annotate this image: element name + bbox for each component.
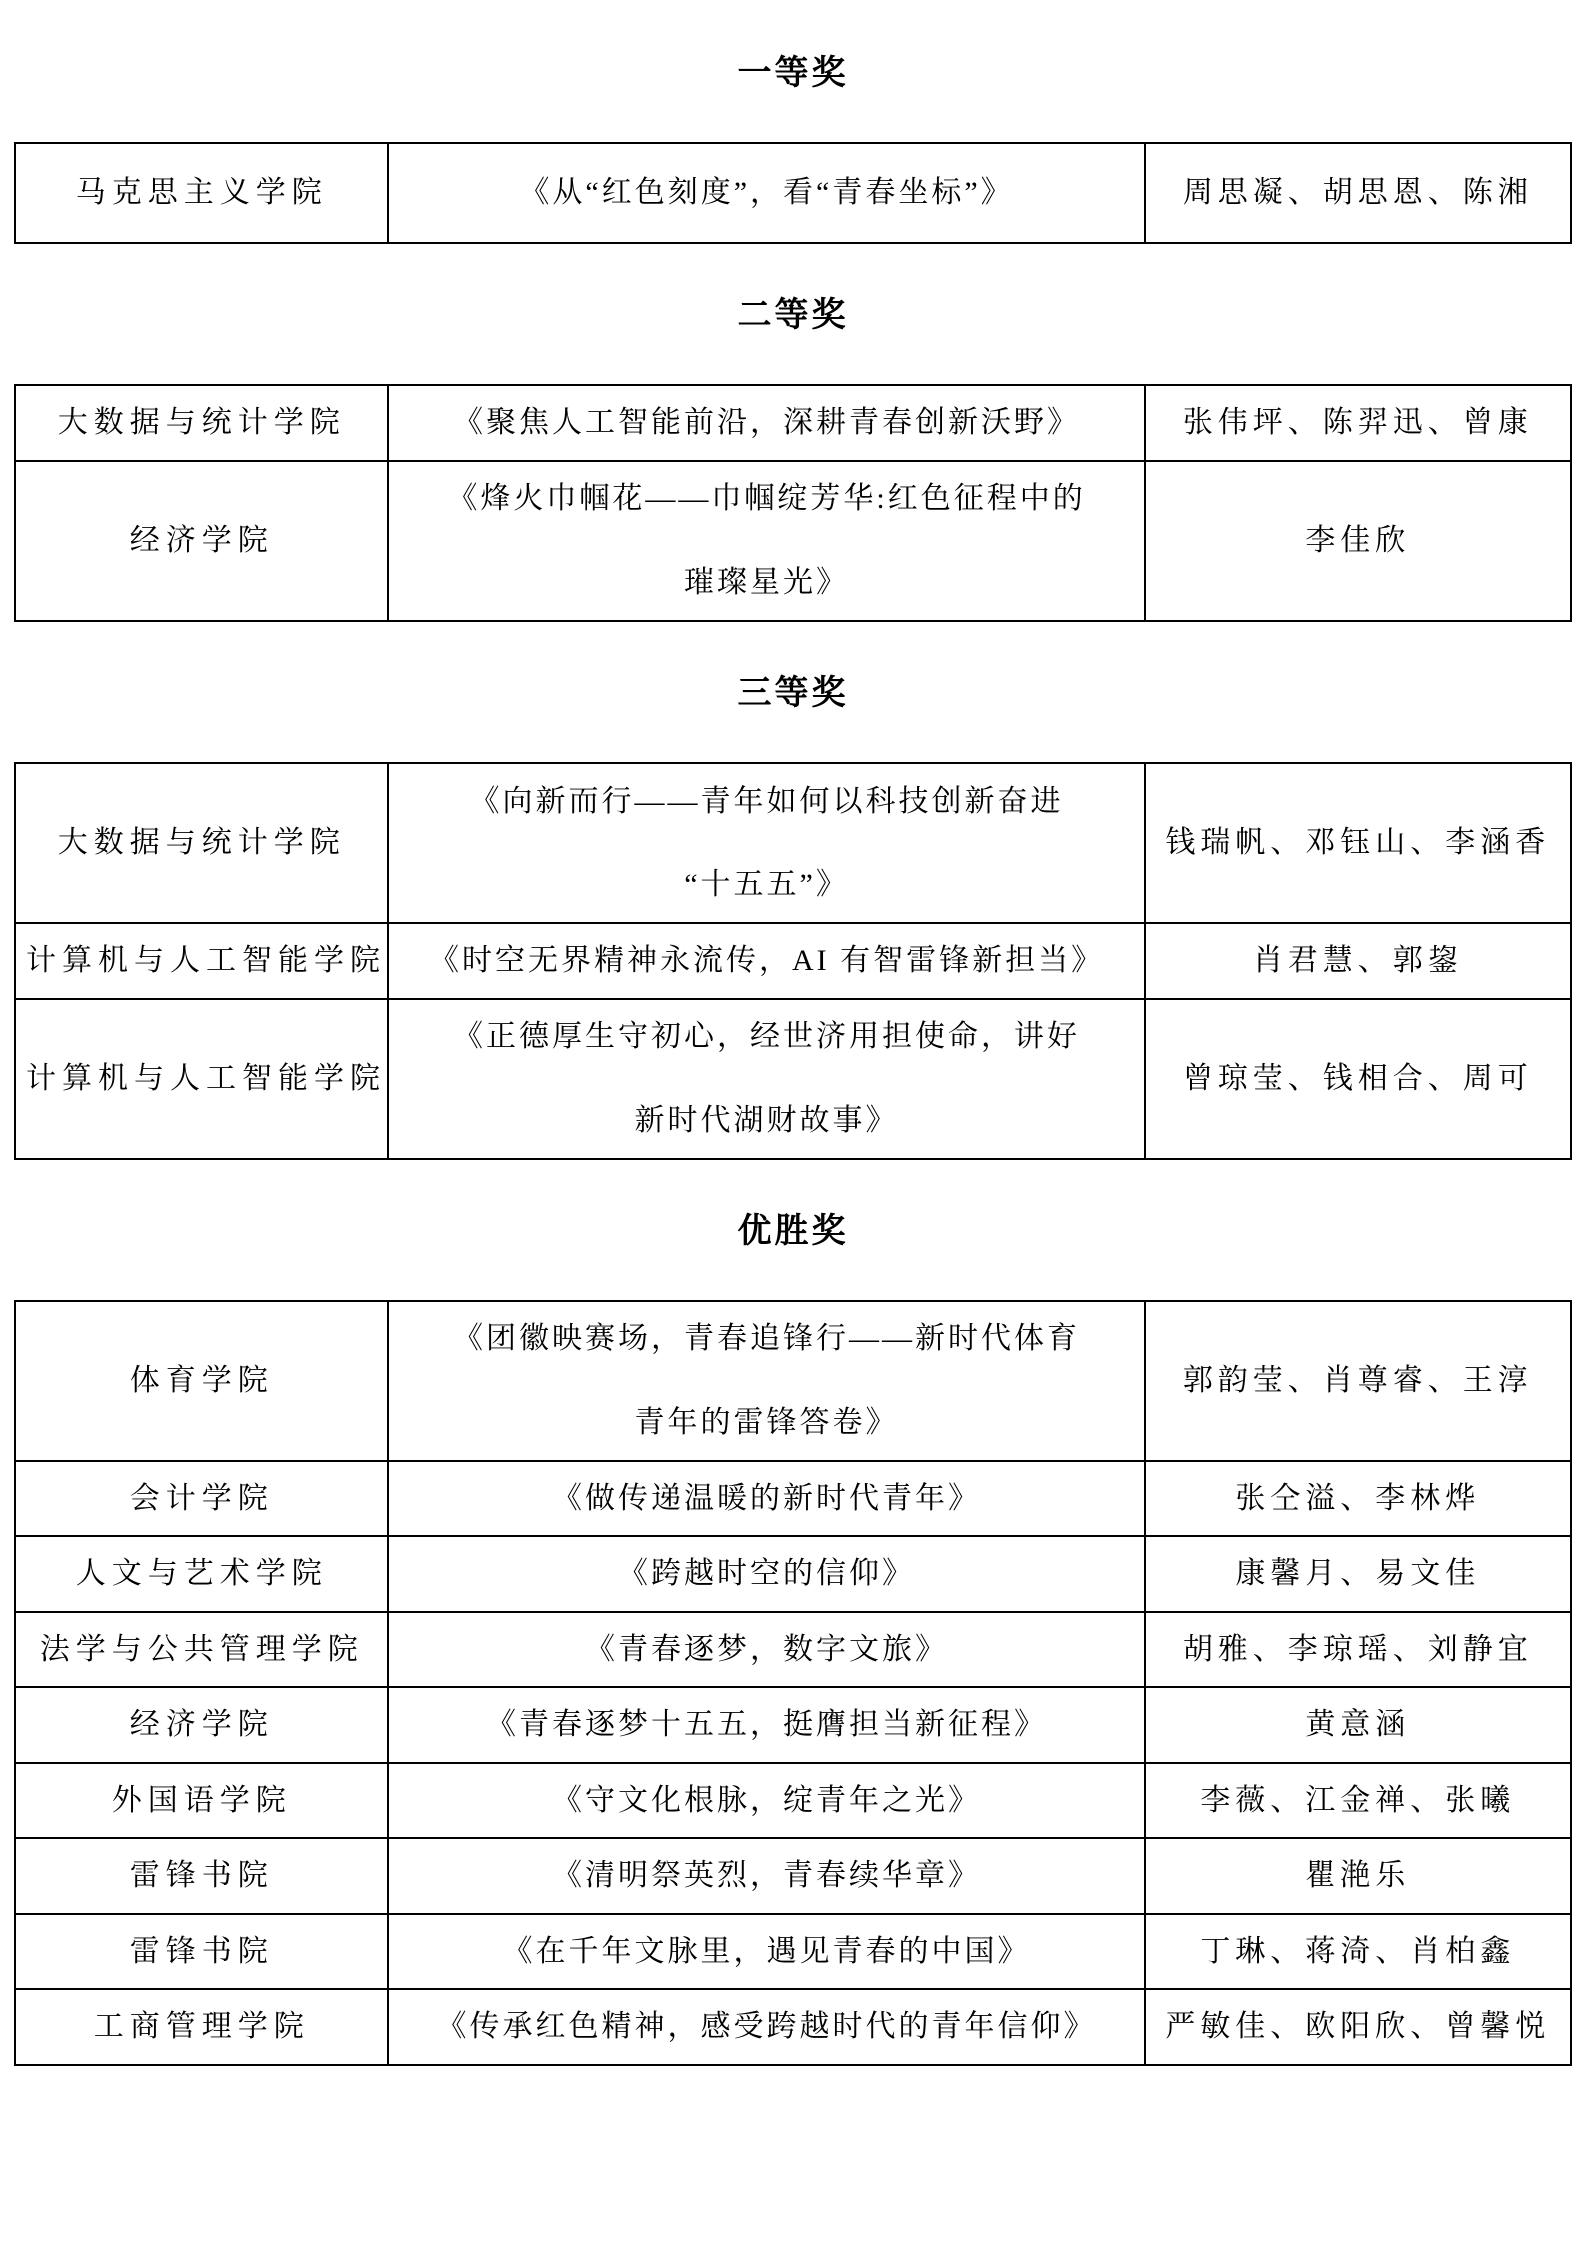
authors-cell: 钱瑞帆、邓钰山、李涵香 xyxy=(1145,763,1571,923)
college-cell: 经济学院 xyxy=(15,461,388,621)
work-title-cell: 《传承红色精神，感受跨越时代的青年信仰》 xyxy=(388,1989,1144,2065)
award-row: 大数据与统计学院《聚焦人工智能前沿，深耕青春创新沃野》张伟坪、陈羿迅、曾康 xyxy=(15,385,1571,461)
authors-cell: 康馨月、易文佳 xyxy=(1145,1536,1571,1612)
work-title-cell: 《时空无界精神永流传，AI 有智雷锋新担当》 xyxy=(388,923,1144,999)
authors-cell: 曾琼莹、钱相合、周可 xyxy=(1145,999,1571,1159)
work-title-line: 《向新而行——青年如何以科技创新奋进 xyxy=(399,783,1133,821)
award-row: 体育学院《团徽映赛场，青春追锋行——新时代体育青年的雷锋答卷》郭韵莹、肖尊睿、王… xyxy=(15,1301,1571,1461)
award-section: 二等奖 大数据与统计学院《聚焦人工智能前沿，深耕青春创新沃野》张伟坪、陈羿迅、曾… xyxy=(14,294,1572,622)
work-title-line: 《聚焦人工智能前沿，深耕青春创新沃野》 xyxy=(399,404,1133,442)
authors-cell: 李薇、江金禅、张曦 xyxy=(1145,1763,1571,1839)
award-section: 一等奖 马克思主义学院《从“红色刻度”，看“青春坐标”》周思凝、胡思恩、陈湘 xyxy=(14,52,1572,244)
award-row: 人文与艺术学院《跨越时空的信仰》康馨月、易文佳 xyxy=(15,1536,1571,1612)
work-title-line: 《清明祭英烈，青春续华章》 xyxy=(399,1857,1133,1895)
work-title-line: 《传承红色精神，感受跨越时代的青年信仰》 xyxy=(399,2008,1133,2046)
award-row: 计算机与人工智能学院《时空无界精神永流传，AI 有智雷锋新担当》肖君慧、郭鋆 xyxy=(15,923,1571,999)
section-title: 三等奖 xyxy=(14,672,1572,716)
college-cell: 人文与艺术学院 xyxy=(15,1536,388,1612)
college-cell: 外国语学院 xyxy=(15,1763,388,1839)
authors-cell: 黄意涵 xyxy=(1145,1687,1571,1763)
work-title-line: 《跨越时空的信仰》 xyxy=(399,1555,1133,1593)
work-title-line: “十五五”》 xyxy=(399,866,1133,904)
work-title-line: 《在千年文脉里，遇见青春的中国》 xyxy=(399,1933,1133,1971)
work-title-line: 《团徽映赛场，青春追锋行——新时代体育 xyxy=(399,1320,1133,1358)
college-cell: 大数据与统计学院 xyxy=(15,763,388,923)
college-cell: 马克思主义学院 xyxy=(15,143,388,243)
work-title-line: 《从“红色刻度”，看“青春坐标”》 xyxy=(399,174,1133,212)
authors-cell: 张伟坪、陈羿迅、曾康 xyxy=(1145,385,1571,461)
authors-cell: 胡雅、李琼瑶、刘静宜 xyxy=(1145,1612,1571,1688)
award-section: 优胜奖 体育学院《团徽映赛场，青春追锋行——新时代体育青年的雷锋答卷》郭韵莹、肖… xyxy=(14,1210,1572,2066)
work-title-cell: 《做传递温暖的新时代青年》 xyxy=(388,1461,1144,1537)
award-row: 法学与公共管理学院《青春逐梦，数字文旅》胡雅、李琼瑶、刘静宜 xyxy=(15,1612,1571,1688)
college-cell: 计算机与人工智能学院 xyxy=(15,923,388,999)
work-title-line: 青年的雷锋答卷》 xyxy=(399,1404,1133,1442)
work-title-cell: 《聚焦人工智能前沿，深耕青春创新沃野》 xyxy=(388,385,1144,461)
college-cell: 经济学院 xyxy=(15,1687,388,1763)
award-table: 体育学院《团徽映赛场，青春追锋行——新时代体育青年的雷锋答卷》郭韵莹、肖尊睿、王… xyxy=(14,1300,1572,2066)
work-title-line: 《时空无界精神永流传，AI 有智雷锋新担当》 xyxy=(399,942,1133,980)
work-title-line: 璀璨星光》 xyxy=(399,564,1133,602)
work-title-cell: 《守文化根脉，绽青年之光》 xyxy=(388,1763,1144,1839)
authors-cell: 张仝溢、李林烨 xyxy=(1145,1461,1571,1537)
authors-cell: 周思凝、胡思恩、陈湘 xyxy=(1145,143,1571,243)
work-title-cell: 《团徽映赛场，青春追锋行——新时代体育青年的雷锋答卷》 xyxy=(388,1301,1144,1461)
section-title: 二等奖 xyxy=(14,294,1572,338)
award-table: 马克思主义学院《从“红色刻度”，看“青春坐标”》周思凝、胡思恩、陈湘 xyxy=(14,142,1572,244)
work-title-line: 《正德厚生守初心，经世济用担使命，讲好 xyxy=(399,1018,1133,1056)
work-title-cell: 《跨越时空的信仰》 xyxy=(388,1536,1144,1612)
award-table: 大数据与统计学院《聚焦人工智能前沿，深耕青春创新沃野》张伟坪、陈羿迅、曾康经济学… xyxy=(14,384,1572,622)
section-title: 一等奖 xyxy=(14,52,1572,96)
college-cell: 雷锋书院 xyxy=(15,1838,388,1914)
section-title: 优胜奖 xyxy=(14,1210,1572,1254)
award-row: 雷锋书院《清明祭英烈，青春续华章》瞿滟乐 xyxy=(15,1838,1571,1914)
work-title-cell: 《烽火巾帼花——巾帼绽芳华:红色征程中的璀璨星光》 xyxy=(388,461,1144,621)
award-row: 雷锋书院《在千年文脉里，遇见青春的中国》丁琳、蒋渏、肖柏鑫 xyxy=(15,1914,1571,1990)
college-cell: 雷锋书院 xyxy=(15,1914,388,1990)
work-title-cell: 《从“红色刻度”，看“青春坐标”》 xyxy=(388,143,1144,243)
authors-cell: 丁琳、蒋渏、肖柏鑫 xyxy=(1145,1914,1571,1990)
work-title-cell: 《青春逐梦十五五，挺膺担当新征程》 xyxy=(388,1687,1144,1763)
document-page: 一等奖 马克思主义学院《从“红色刻度”，看“青春坐标”》周思凝、胡思恩、陈湘 二… xyxy=(0,0,1586,2245)
work-title-line: 《烽火巾帼花——巾帼绽芳华:红色征程中的 xyxy=(399,480,1133,518)
work-title-line: 《做传递温暖的新时代青年》 xyxy=(399,1480,1133,1518)
college-cell: 计算机与人工智能学院 xyxy=(15,999,388,1159)
authors-cell: 李佳欣 xyxy=(1145,461,1571,621)
award-row: 计算机与人工智能学院《正德厚生守初心，经世济用担使命，讲好新时代湖财故事》曾琼莹… xyxy=(15,999,1571,1159)
college-cell: 法学与公共管理学院 xyxy=(15,1612,388,1688)
authors-cell: 肖君慧、郭鋆 xyxy=(1145,923,1571,999)
college-cell: 体育学院 xyxy=(15,1301,388,1461)
work-title-cell: 《清明祭英烈，青春续华章》 xyxy=(388,1838,1144,1914)
award-sections: 一等奖 马克思主义学院《从“红色刻度”，看“青春坐标”》周思凝、胡思恩、陈湘 二… xyxy=(14,52,1572,2066)
award-row: 经济学院《青春逐梦十五五，挺膺担当新征程》黄意涵 xyxy=(15,1687,1571,1763)
college-cell: 工商管理学院 xyxy=(15,1989,388,2065)
award-row: 大数据与统计学院《向新而行——青年如何以科技创新奋进“十五五”》钱瑞帆、邓钰山、… xyxy=(15,763,1571,923)
work-title-line: 《青春逐梦十五五，挺膺担当新征程》 xyxy=(399,1706,1133,1744)
college-cell: 会计学院 xyxy=(15,1461,388,1537)
award-row: 外国语学院《守文化根脉，绽青年之光》李薇、江金禅、张曦 xyxy=(15,1763,1571,1839)
award-row: 会计学院《做传递温暖的新时代青年》张仝溢、李林烨 xyxy=(15,1461,1571,1537)
work-title-cell: 《正德厚生守初心，经世济用担使命，讲好新时代湖财故事》 xyxy=(388,999,1144,1159)
college-cell: 大数据与统计学院 xyxy=(15,385,388,461)
work-title-line: 新时代湖财故事》 xyxy=(399,1102,1133,1140)
work-title-line: 《守文化根脉，绽青年之光》 xyxy=(399,1782,1133,1820)
work-title-cell: 《青春逐梦，数字文旅》 xyxy=(388,1612,1144,1688)
authors-cell: 瞿滟乐 xyxy=(1145,1838,1571,1914)
work-title-cell: 《在千年文脉里，遇见青春的中国》 xyxy=(388,1914,1144,1990)
work-title-cell: 《向新而行——青年如何以科技创新奋进“十五五”》 xyxy=(388,763,1144,923)
work-title-line: 《青春逐梦，数字文旅》 xyxy=(399,1631,1133,1669)
award-row: 工商管理学院《传承红色精神，感受跨越时代的青年信仰》严敏佳、欧阳欣、曾馨悦 xyxy=(15,1989,1571,2065)
award-section: 三等奖 大数据与统计学院《向新而行——青年如何以科技创新奋进“十五五”》钱瑞帆、… xyxy=(14,672,1572,1160)
award-table: 大数据与统计学院《向新而行——青年如何以科技创新奋进“十五五”》钱瑞帆、邓钰山、… xyxy=(14,762,1572,1160)
award-row: 马克思主义学院《从“红色刻度”，看“青春坐标”》周思凝、胡思恩、陈湘 xyxy=(15,143,1571,243)
authors-cell: 严敏佳、欧阳欣、曾馨悦 xyxy=(1145,1989,1571,2065)
award-row: 经济学院《烽火巾帼花——巾帼绽芳华:红色征程中的璀璨星光》李佳欣 xyxy=(15,461,1571,621)
authors-cell: 郭韵莹、肖尊睿、王淳 xyxy=(1145,1301,1571,1461)
